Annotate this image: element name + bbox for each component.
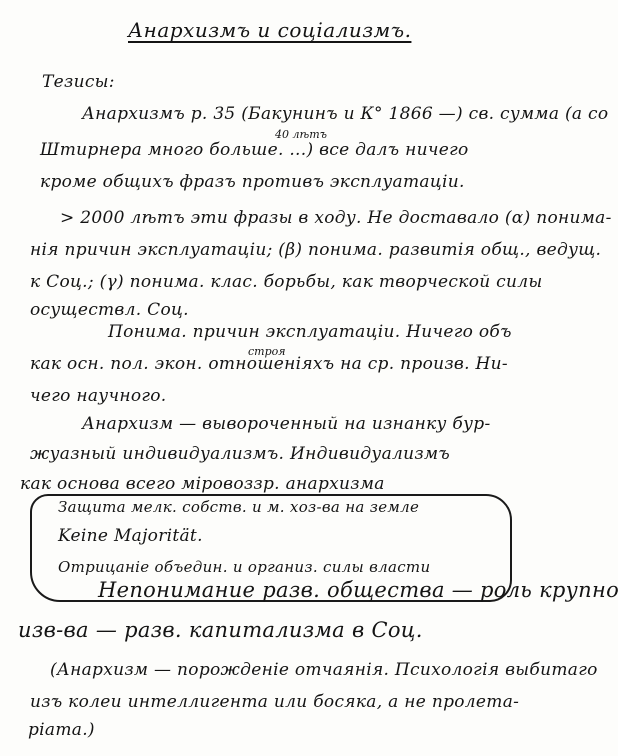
section-3-line-4: изъ колеи интеллигента или босяка, а не … bbox=[30, 692, 519, 712]
manuscript-page: Анархизмъ и соціализмъ. Тезисы: Анархизм… bbox=[0, 0, 618, 756]
section-1-line-1: Анархизмъ р. 35 (Бакунинъ и К° 1866 —) с… bbox=[82, 104, 608, 124]
section-2-line-2: как осн. пол. экон. отношеніяхъ на ср. п… bbox=[30, 354, 508, 374]
bracketed-line-1: Защита мелк. собств. и м. хоз-ва на земл… bbox=[58, 498, 419, 516]
section-3-line-1: Непонимание разв. общества — роль крупно… bbox=[98, 578, 618, 602]
section-1-line-2: Штирнера много больше. ...) все далъ нич… bbox=[40, 140, 469, 160]
section-2-line-4: Анархизм — вывороченный на изнанку бур- bbox=[82, 414, 491, 434]
bracketed-line-3: Отрицаніе объедин. и организ. силы власт… bbox=[58, 558, 430, 576]
document-title: Анархизмъ и соціализмъ. bbox=[128, 18, 411, 42]
section-2-line-5: жуазный индивидуализмъ. Индивидуализмъ bbox=[30, 444, 450, 464]
section-1-text-1: Анархизмъ р. 35 (Бакунинъ и К° 1866 —) с… bbox=[82, 104, 608, 124]
theses-heading: Тезисы: bbox=[42, 72, 115, 92]
section-1-line-5: нія причин эксплуатаціи; (β) понима. раз… bbox=[30, 240, 601, 260]
section-1-line-4: > 2000 лѣтъ эти фразы в ходу. Не достава… bbox=[60, 208, 612, 228]
section-2-line-1: Понима. причин эксплуатаціи. Ничего объ bbox=[108, 322, 512, 342]
section-2-line-6: как основа всего міровоззр. анархизма bbox=[20, 474, 385, 494]
section-3-line-5: ріата.) bbox=[28, 720, 95, 740]
section-3-line-3: (Анархизм — порожденіе отчаянія. Психоло… bbox=[50, 660, 598, 680]
section-2-line-3: чего научного. bbox=[30, 386, 167, 406]
section-3-line-2: изв-ва — разв. капитализма в Соц. bbox=[18, 618, 423, 642]
section-1-line-3: кроме общихъ фразъ противъ эксплуатаціи. bbox=[40, 172, 465, 192]
section-1-line-6: к Соц.; (γ) понима. клас. борьбы, как тв… bbox=[30, 272, 543, 292]
bracketed-line-2: Keine Majorität. bbox=[58, 526, 203, 546]
section-1-line-7: осуществл. Соц. bbox=[30, 300, 189, 320]
